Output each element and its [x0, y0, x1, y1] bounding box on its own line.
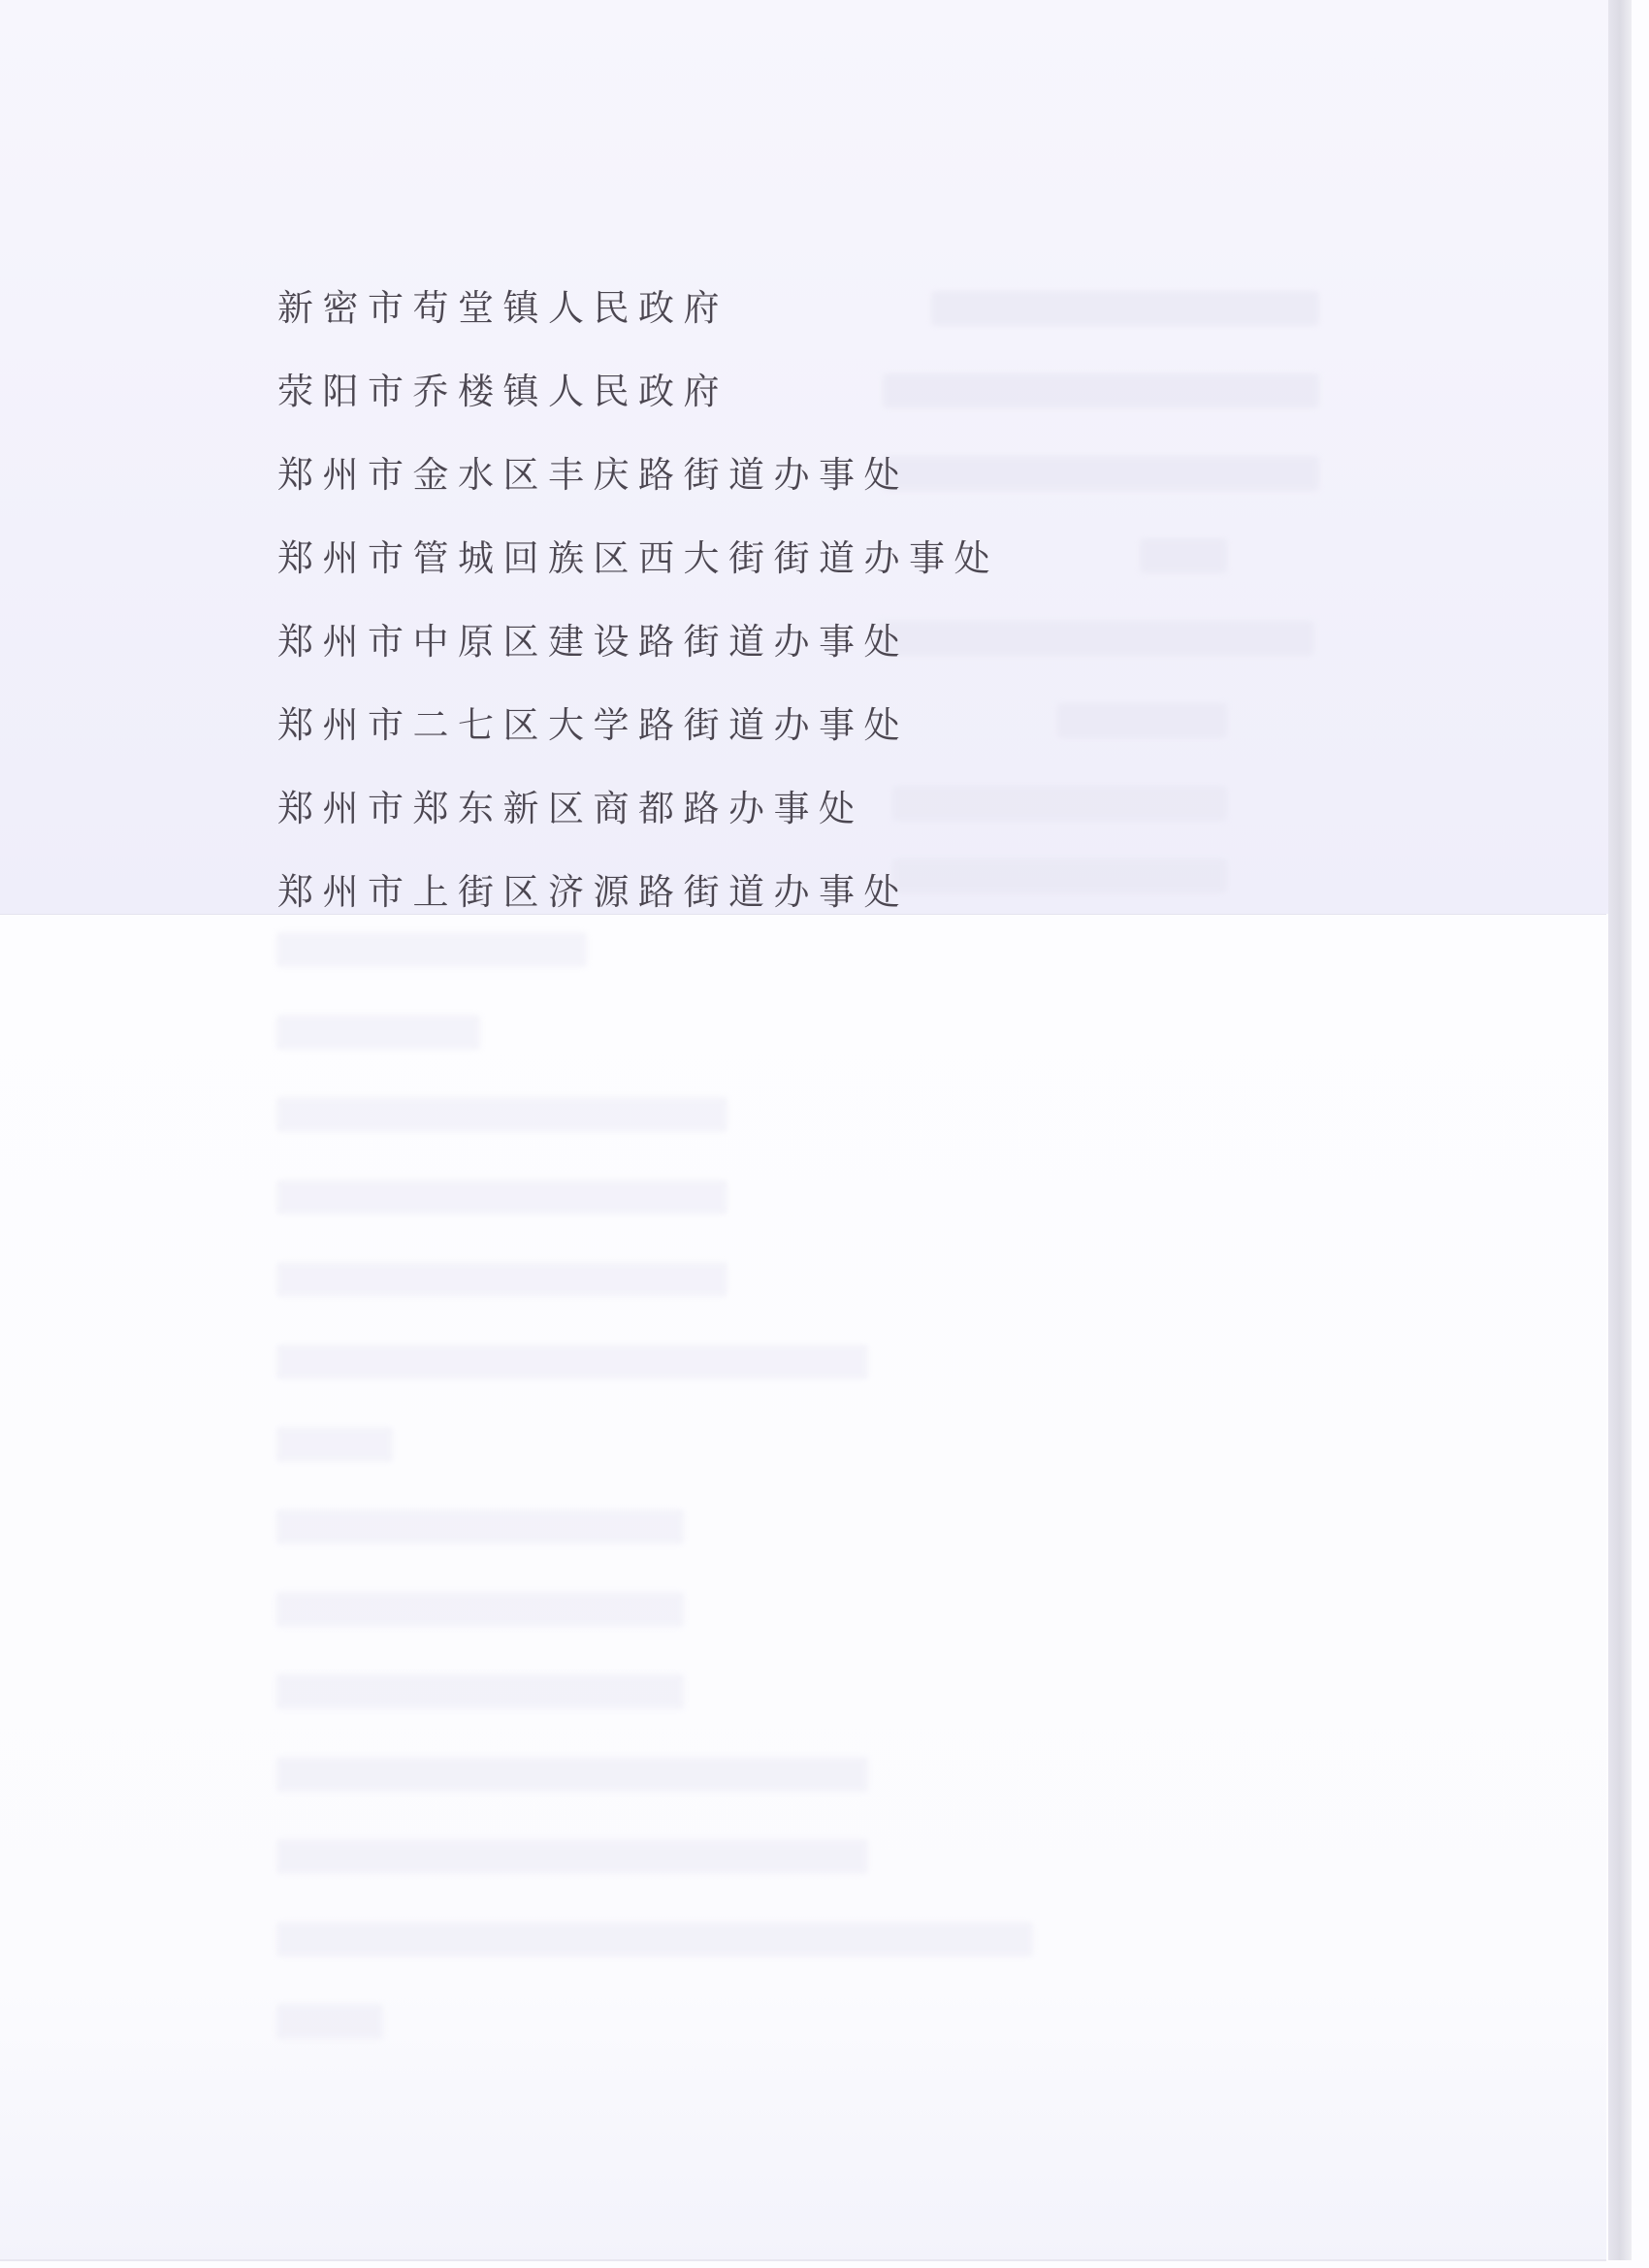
show-through-text	[276, 1097, 727, 1132]
show-through-text	[276, 1509, 684, 1544]
show-through-text	[276, 1427, 393, 1462]
organization-item: 郑州市上街区济源路街道办事处	[277, 868, 999, 952]
show-through-text	[276, 1922, 1033, 1957]
show-through-text	[276, 1592, 684, 1627]
organization-item: 郑州市管城回族区西大街街道办事处	[277, 535, 999, 618]
show-through-text	[276, 1839, 868, 1874]
show-through-text	[276, 1180, 727, 1215]
organization-item: 新密市苟堂镇人民政府	[277, 284, 999, 368]
organization-item: 荥阳市乔楼镇人民政府	[277, 368, 999, 451]
show-through-text	[276, 1015, 480, 1050]
organization-item: 郑州市二七区大学路街道办事处	[277, 701, 999, 785]
scanned-document: 新密市苟堂镇人民政府 荥阳市乔楼镇人民政府 郑州市金水区丰庆路街道办事处 郑州市…	[0, 0, 1649, 2268]
show-through-text	[276, 2004, 383, 2039]
organization-item: 郑州市中原区建设路街道办事处	[277, 618, 999, 701]
organization-item: 郑州市金水区丰庆路街道办事处	[277, 451, 999, 535]
show-through-text	[276, 1757, 868, 1792]
page-lower-sheet	[0, 914, 1606, 2261]
page-edge-shadow	[1608, 0, 1632, 2260]
organization-list: 新密市苟堂镇人民政府 荥阳市乔楼镇人民政府 郑州市金水区丰庆路街道办事处 郑州市…	[277, 284, 999, 952]
show-through-text	[276, 1674, 684, 1709]
show-through-text	[276, 1345, 868, 1379]
show-through-text	[1140, 538, 1227, 573]
show-through-text	[276, 1262, 727, 1297]
organization-item: 郑州市郑东新区商都路办事处	[277, 785, 999, 868]
show-through-text	[1057, 703, 1227, 738]
